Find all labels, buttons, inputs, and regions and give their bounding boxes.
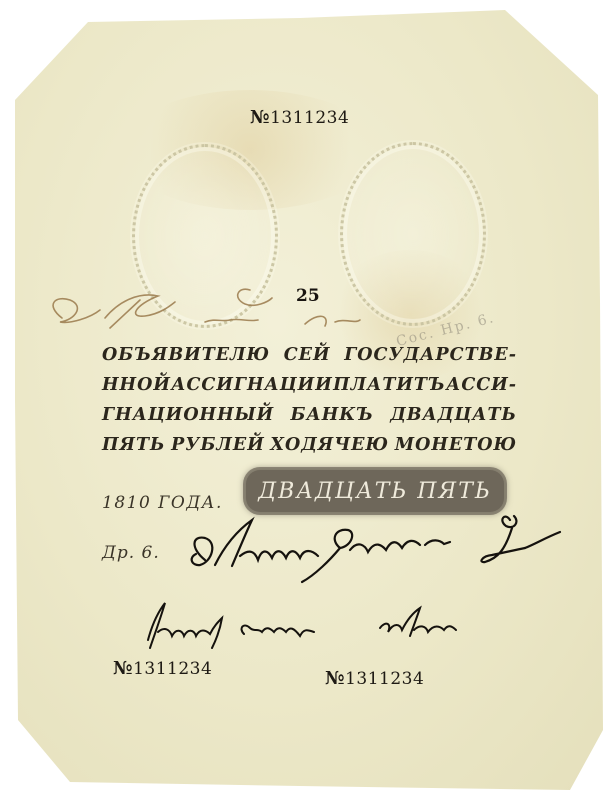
faded-signature <box>53 289 360 328</box>
handwritten-signatures <box>0 0 615 800</box>
cashier-signatures <box>148 603 456 648</box>
director-signature <box>192 516 560 582</box>
